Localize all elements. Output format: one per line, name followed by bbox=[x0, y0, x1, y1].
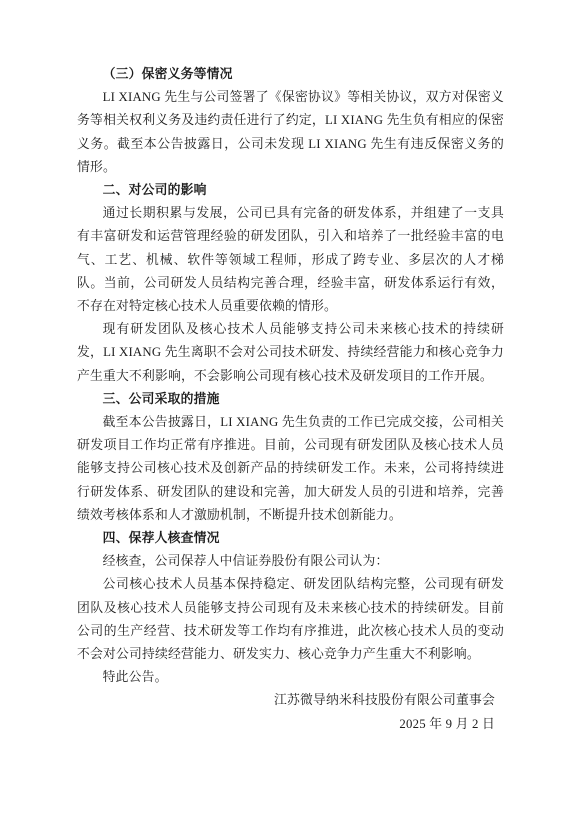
section-heading-impact: 二、对公司的影响 bbox=[77, 179, 504, 202]
paragraph-sponsor-1: 经核查，公司保荐人中信证券股份有限公司认为： bbox=[77, 550, 504, 573]
paragraph-confidentiality: LI XIANG 先生与公司签署了《保密协议》等相关协议，双方对保密义务等相关权… bbox=[77, 86, 504, 179]
section-heading-sponsor: 四、保荐人核查情况 bbox=[77, 527, 504, 550]
announcement-document-page: （三）保密义务等情况 LI XIANG 先生与公司签署了《保密协议》等相关协议，… bbox=[0, 0, 580, 817]
signature-issuer: 江苏微导纳米科技股份有限公司董事会 bbox=[77, 689, 504, 712]
paragraph-measures: 截至本公告披露日，LI XIANG 先生负责的工作已完成交接，公司相关研发项目工… bbox=[77, 411, 504, 527]
closing-statement: 特此公告。 bbox=[77, 666, 504, 689]
section-heading-measures: 三、公司采取的措施 bbox=[77, 388, 504, 411]
paragraph-impact-1: 通过长期积累与发展，公司已具有完备的研发体系，并组建了一支具有丰富研发和运营管理… bbox=[77, 202, 504, 318]
signature-date: 2025 年 9 月 2 日 bbox=[77, 713, 504, 736]
paragraph-sponsor-2: 公司核心技术人员基本保持稳定、研发团队结构完整，公司现有研发团队及核心技术人员能… bbox=[77, 573, 504, 666]
paragraph-impact-2: 现有研发团队及核心技术人员能够支持公司未来核心技术的持续研发，LI XIANG … bbox=[77, 318, 504, 388]
document-body: （三）保密义务等情况 LI XIANG 先生与公司签署了《保密协议》等相关协议，… bbox=[77, 63, 504, 736]
section-heading-confidentiality: （三）保密义务等情况 bbox=[77, 63, 504, 86]
